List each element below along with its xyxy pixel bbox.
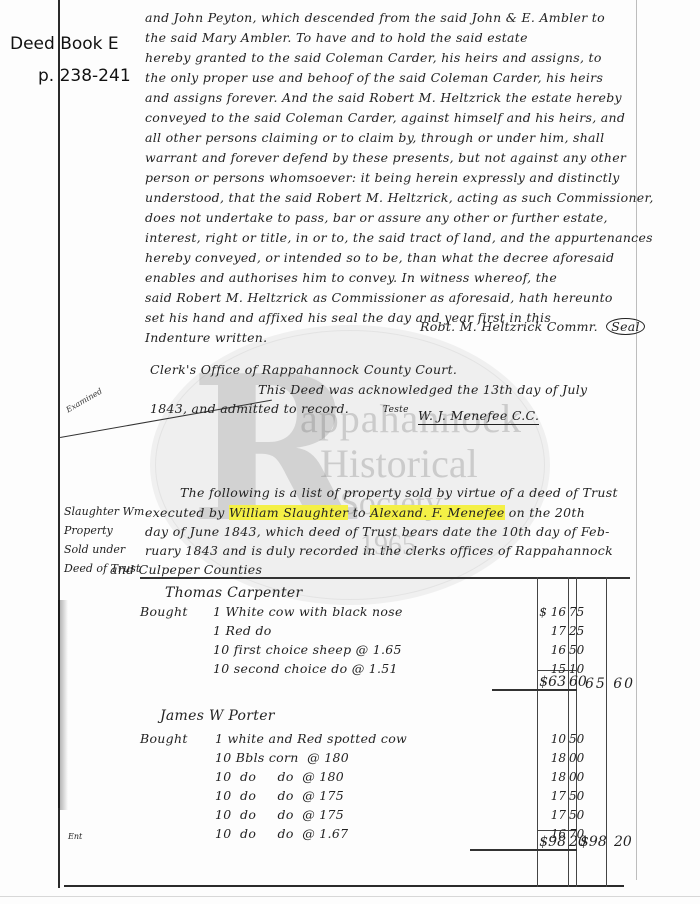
subtotal-dollars: $98	[515, 834, 566, 850]
bought-label: Bought	[140, 731, 188, 746]
amount-cents: 50	[569, 789, 584, 803]
amount-dollars: 17	[520, 624, 566, 638]
highlight-grantor: William Slaughter	[229, 505, 349, 520]
trust-line-3: day of June 1843, which deed of Trust be…	[145, 524, 610, 539]
trust-text: executed by	[145, 505, 229, 520]
margin-note-deed: Deed of Trust	[64, 562, 140, 575]
buyer-name: James W Porter	[160, 708, 275, 724]
amount-cents: 00	[569, 770, 584, 784]
deed-line: all other persons claiming or to claim b…	[145, 130, 604, 145]
deed-line: person or persons whomsoever: it being h…	[145, 170, 620, 185]
margin-note-slaughter: Slaughter Wm	[64, 505, 144, 518]
carried-dollars: $98	[580, 834, 607, 850]
deed-line: hereby granted to the said Coleman Carde…	[145, 50, 602, 65]
examined-note: Examined	[64, 387, 103, 415]
deed-line: warrant and forever defend by these pres…	[145, 150, 626, 165]
amount-dollars: 18	[520, 751, 566, 765]
deed-line: does not undertake to pass, bar or assur…	[145, 210, 608, 225]
item-desc: 10 do do @ 175	[215, 807, 344, 822]
amount-dollars: 18	[520, 770, 566, 784]
seal-mark: Seal	[606, 318, 645, 335]
deed-line: Indenture written.	[145, 330, 267, 345]
amount-dollars: $ 16	[520, 605, 566, 619]
margin-note-sold: Sold under	[64, 543, 125, 556]
item-desc: 10 second choice do @ 1.51	[213, 661, 398, 676]
buyer-name: Thomas Carpenter	[165, 585, 302, 601]
amount-cents: 00	[569, 751, 584, 765]
signature-text: Robt. M. Heltzrick Commr.	[420, 319, 598, 334]
amount-cents: 25	[569, 624, 584, 638]
bottom-corner-rule	[58, 808, 68, 888]
item-desc: 10 do do @ 180	[215, 769, 344, 784]
amount-cents: 75	[569, 605, 584, 619]
carried-cents: 20	[614, 834, 632, 850]
deed-line: said Robert M. Heltzrick as Commissioner…	[145, 290, 613, 305]
deed-book-note: Deed Book E	[10, 34, 119, 54]
bought-label: Bought	[140, 604, 188, 619]
deed-line: the only proper use and behoof of the sa…	[145, 70, 603, 85]
amount-dollars: 10	[520, 732, 566, 746]
amount-cents: 50	[569, 643, 584, 657]
amount-dollars: 17	[520, 789, 566, 803]
commissioner-signature: Robt. M. Heltzrick Commr. Seal	[420, 318, 645, 335]
teste-label: Teste	[383, 405, 409, 415]
subtotal-dollars: $63	[520, 674, 566, 690]
trust-line-1: The following is a list of property sold…	[180, 485, 618, 500]
item-desc: 1 white and Red spotted cow	[215, 731, 407, 746]
trust-text: to	[348, 505, 370, 520]
deed-line: conveyed to the said Coleman Carder, aga…	[145, 110, 625, 125]
highlight-trustee: Alexand. F. Menefee	[370, 505, 504, 520]
margin-note-property: Property	[64, 524, 113, 537]
item-desc: 10 do do @ 1.67	[215, 826, 348, 841]
item-desc: 1 White cow with black nose	[213, 604, 403, 619]
bottom-rule	[64, 885, 624, 887]
deed-line: and assigns forever. And the said Robert…	[145, 90, 622, 105]
clerk-record-line: 1843, and admitted to record.	[150, 401, 349, 416]
amount-dollars: 16	[520, 643, 566, 657]
margin-shadow	[58, 600, 68, 810]
deed-line: and John Peyton, which descended from th…	[145, 10, 605, 25]
amount-cents: 50	[569, 732, 584, 746]
trust-line-4: ruary 1843 and is duly recorded in the c…	[145, 543, 613, 558]
deed-line: the said Mary Ambler. To have and to hol…	[145, 30, 528, 45]
watermark-line-2: Historical	[320, 440, 478, 487]
item-desc: 1 Red do	[213, 623, 272, 638]
deed-line: understood, that the said Robert M. Helt…	[145, 190, 654, 205]
item-desc: 10 first choice sheep @ 1.65	[213, 642, 402, 657]
item-desc: 10 do do @ 175	[215, 788, 344, 803]
trust-line-2: executed by William Slaughter to Alexand…	[145, 505, 585, 520]
scan-bottom-edge	[0, 896, 700, 897]
clerk-office-line: Clerk's Office of Rappahannock County Co…	[150, 362, 457, 377]
deed-line: enables and authorises him to convey. In…	[145, 270, 557, 285]
page-range-note: p. 238-241	[38, 66, 131, 86]
deed-line: interest, right or title, in or to, the …	[145, 230, 653, 245]
carried-total: 65 60	[585, 676, 635, 692]
item-desc: 10 Bbls corn @ 180	[215, 750, 349, 765]
clerk-signature: W. J. Menefee C.C.	[418, 408, 539, 425]
trust-text: on the 20th	[505, 505, 586, 520]
clerk-ack-line: This Deed was acknowledged the 13th day …	[258, 382, 587, 397]
amount-cents: 50	[569, 808, 584, 822]
document-page: R appahannock Historical Society 1965 De…	[0, 0, 700, 904]
right-edge-rule	[636, 0, 637, 880]
deed-line: hereby conveyed, or intended so to be, t…	[145, 250, 614, 265]
ledger-top-rule	[140, 577, 630, 579]
amount-dollars: 17	[520, 808, 566, 822]
margin-note-ent: Ent	[68, 832, 82, 841]
